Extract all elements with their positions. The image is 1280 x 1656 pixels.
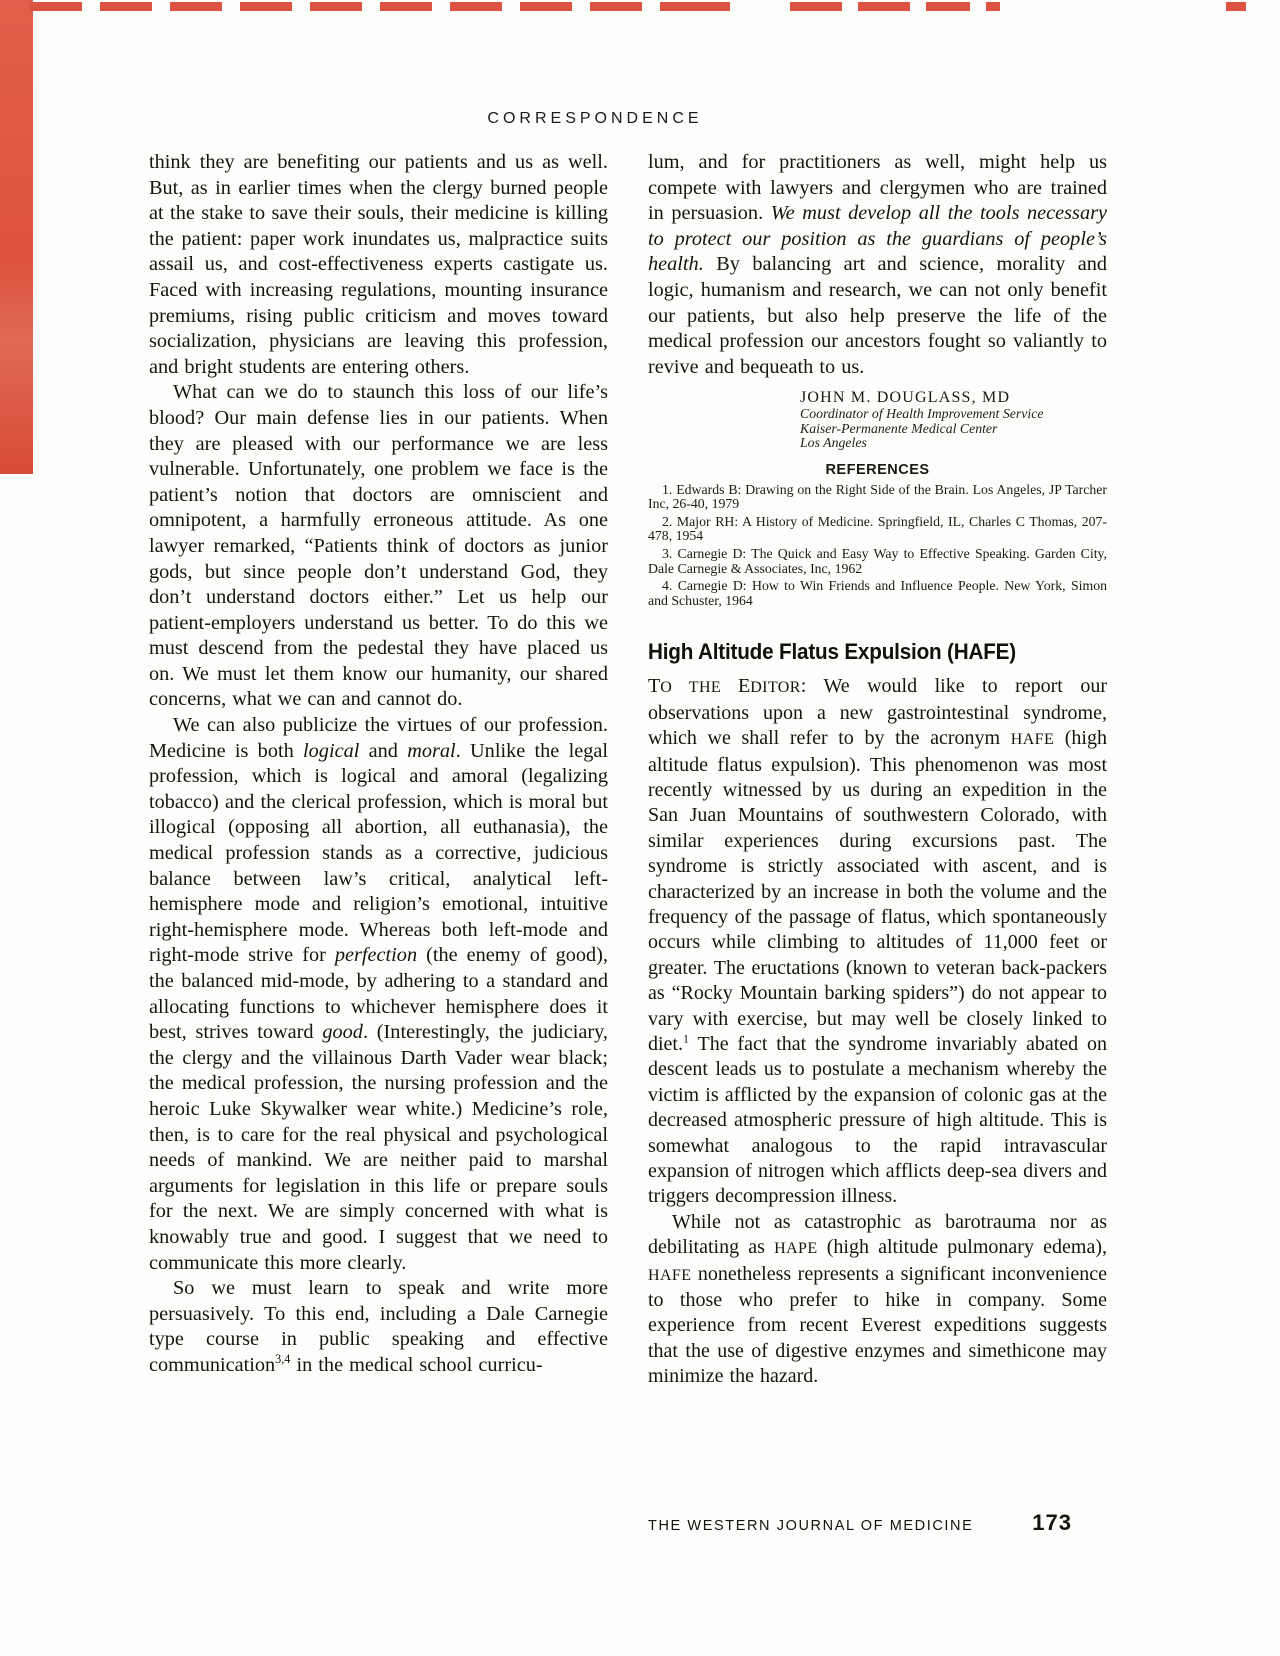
scan-dash: [520, 2, 572, 11]
text-run: HAFE: [1011, 731, 1054, 748]
text-run: think they are benefiting our patients a…: [149, 151, 608, 378]
body-paragraph: We can also publicize the virtues of our…: [149, 713, 608, 1276]
text-run: . Unlike the legal profession, which is …: [149, 740, 608, 967]
reference-item: 4. Carnegie D: How to Win Friends and In…: [648, 579, 1107, 608]
reference-item: 2. Major RH: A History of Medicine. Spri…: [648, 515, 1107, 544]
text-run: HAPE: [774, 1240, 817, 1257]
body-paragraph: While not as catastrophic as barotrauma …: [648, 1210, 1107, 1390]
scan-dash: [310, 2, 362, 11]
scan-dash: [1226, 2, 1246, 11]
body-paragraph: TO THE EDITOR: We would like to report o…: [648, 674, 1107, 1210]
scan-dash: [380, 2, 432, 11]
letter2-body: TO THE EDITOR: We would like to report o…: [648, 674, 1107, 1389]
text-run: moral: [407, 740, 455, 762]
scan-dash: [858, 2, 910, 11]
running-head: CORRESPONDENCE: [0, 110, 1190, 128]
text-run: in the medical school curricu-: [290, 1354, 542, 1376]
text-run: perfection: [335, 944, 417, 966]
scan-dash: [170, 2, 222, 11]
text-run: . (Interestingly, the judiciary, the cle…: [149, 1021, 608, 1273]
page-footer: THE WESTERN JOURNAL OF MEDICINE 173: [648, 1510, 1072, 1536]
text-run: (high altitude flatus expulsion). This p…: [648, 727, 1107, 1055]
text-run: DITOR: [750, 679, 801, 696]
scan-dash: [986, 2, 1000, 11]
footer-journal-name: THE WESTERN JOURNAL OF MEDICINE: [648, 1518, 973, 1534]
text-run: (high altitude pulmonary edema),: [818, 1236, 1107, 1258]
scan-dash: [240, 2, 292, 11]
scan-dash: [790, 2, 842, 11]
scan-dash: [926, 2, 970, 11]
signature-name: JOHN M. DOUGLASS, MD: [800, 388, 1107, 407]
text-run: logical: [303, 740, 359, 762]
body-paragraph: lum, and for practitioners as well, migh…: [648, 150, 1107, 380]
references-title: REFERENCES: [648, 462, 1107, 478]
text-run: T: [648, 675, 660, 697]
scan-dash: [660, 2, 730, 11]
reference-item: 1. Edwards B: Drawing on the Right Side …: [648, 483, 1107, 512]
scan-dash: [30, 2, 82, 11]
text-run: good: [322, 1021, 363, 1043]
text-run: By balancing art and science, morality a…: [648, 253, 1107, 377]
signature-block: JOHN M. DOUGLASS, MD Coordinator of Heal…: [800, 388, 1107, 450]
text-run: 3,4: [275, 1352, 290, 1366]
scan-artifact-left-bar: [0, 0, 33, 474]
text-run: nonetheless represents a significant inc…: [648, 1263, 1107, 1388]
signature-affiliation: Coordinator of Health Improvement Servic…: [800, 407, 1107, 450]
affiliation-line: Los Angeles: [800, 436, 1107, 450]
affiliation-line: Coordinator of Health Improvement Servic…: [800, 407, 1107, 421]
letter2-title: High Altitude Flatus Expulsion (HAFE): [648, 638, 1079, 666]
scan-dash: [590, 2, 642, 11]
text-run: E: [738, 675, 750, 697]
reference-item: 3. Carnegie D: The Quick and Easy Way to…: [648, 547, 1107, 576]
text-run: and: [359, 740, 407, 762]
scanned-journal-page: CORRESPONDENCE think they are benefiting…: [0, 0, 1280, 1656]
affiliation-line: Kaiser-Permanente Medical Center: [800, 422, 1107, 436]
text-run: What can we do to staunch this loss of o…: [149, 381, 608, 710]
left-column: think they are benefiting our patients a…: [149, 150, 608, 1379]
letter1-closing: lum, and for practitioners as well, migh…: [648, 150, 1107, 380]
scan-dash: [450, 2, 502, 11]
references-list: 1. Edwards B: Drawing on the Right Side …: [648, 483, 1107, 609]
body-paragraph: What can we do to staunch this loss of o…: [149, 380, 608, 713]
body-paragraph: So we must learn to speak and write more…: [149, 1276, 608, 1378]
text-run: HAFE: [648, 1267, 691, 1284]
text-run: The fact that the syndrome invariably ab…: [648, 1033, 1107, 1207]
body-paragraph: think they are benefiting our patients a…: [149, 150, 608, 380]
footer-page-number: 173: [1032, 1510, 1072, 1536]
right-column: lum, and for practitioners as well, migh…: [648, 150, 1107, 1390]
text-run: O THE: [660, 679, 738, 696]
scan-dash: [100, 2, 152, 11]
